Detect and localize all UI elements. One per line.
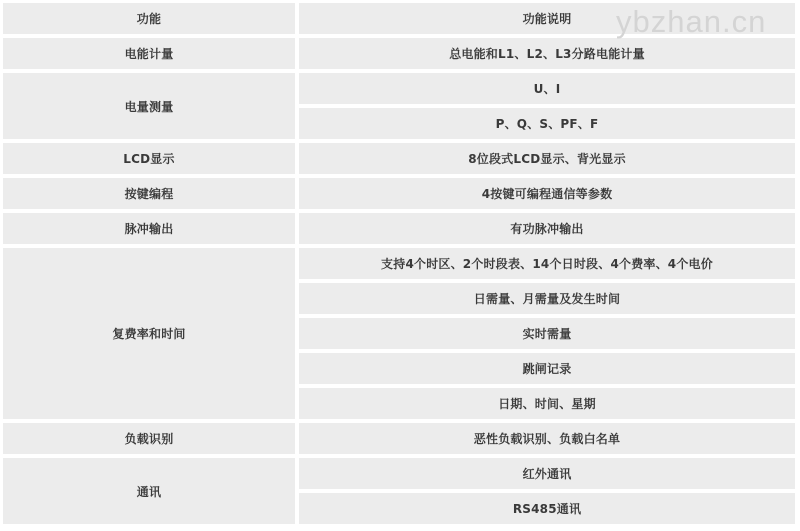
row-description-group: U、I P、Q、S、PF、F — [299, 73, 795, 139]
row-description-group: 红外通讯 RS485通讯 — [299, 458, 795, 524]
row-function-energy-metering: 电能计量 — [3, 38, 295, 69]
row-description-group: 支持4个时区、2个时段表、14个日时段、4个费率、4个电价 日需量、月需量及发生… — [299, 248, 795, 419]
header-function: 功能 — [3, 3, 295, 34]
row-description: 4按键可编程通信等参数 — [299, 178, 795, 209]
row-function-pulse-output: 脉冲输出 — [3, 213, 295, 244]
row-description: 支持4个时区、2个时段表、14个日时段、4个费率、4个电价 — [299, 248, 795, 279]
row-description: 实时需量 — [299, 318, 795, 349]
row-description: 日需量、月需量及发生时间 — [299, 283, 795, 314]
row-description: 总电能和L1、L2、L3分路电能计量 — [299, 38, 795, 69]
row-function-lcd-display: LCD显示 — [3, 143, 295, 174]
header-description: 功能说明 — [299, 3, 795, 34]
row-description: 红外通讯 — [299, 458, 795, 489]
row-description: U、I — [299, 73, 795, 104]
row-function-electrical-measurement: 电量测量 — [3, 73, 295, 139]
row-description: 恶性负载识别、负载白名单 — [299, 423, 795, 454]
row-function-communication: 通讯 — [3, 458, 295, 524]
row-function-key-programming: 按键编程 — [3, 178, 295, 209]
row-function-load-identification: 负载识别 — [3, 423, 295, 454]
row-description: P、Q、S、PF、F — [299, 108, 795, 139]
row-function-multi-rate-and-time: 复费率和时间 — [3, 248, 295, 419]
row-description: 8位段式LCD显示、背光显示 — [299, 143, 795, 174]
row-description: 跳闸记录 — [299, 353, 795, 384]
row-description: RS485通讯 — [299, 493, 795, 524]
row-description: 有功脉冲输出 — [299, 213, 795, 244]
row-description: 日期、时间、星期 — [299, 388, 795, 419]
function-spec-table: 功能 功能说明 电能计量 总电能和L1、L2、L3分路电能计量 电量测量 U、I… — [3, 3, 795, 524]
